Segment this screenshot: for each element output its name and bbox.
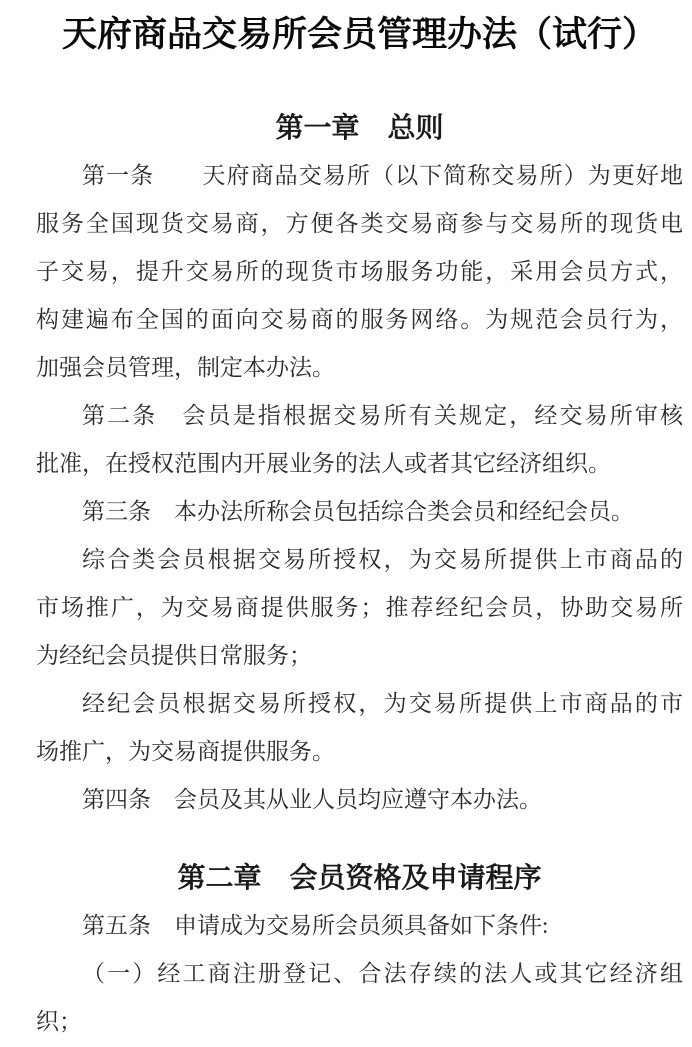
text-line: 为经纪会员提供日常服务； xyxy=(36,632,683,680)
text-line: 构建遍布全国的面向交易商的服务网络。为规范会员行为， xyxy=(36,296,683,344)
text-line: 第一条 天府商品交易所（以下简称交易所）为更好地 xyxy=(36,152,683,200)
text-line: 场推广，为交易商提供服务。 xyxy=(36,728,683,776)
paragraph: （一）经工商注册登记、合法存续的法人或其它经济组织； xyxy=(36,950,683,1046)
document-body: 第一章 总则第一条 天府商品交易所（以下简称交易所）为更好地服务全国现货交易商，… xyxy=(36,112,683,1046)
paragraph: 综合类会员根据交易所授权，为交易所提供上市商品的市场推广，为交易商提供服务；推荐… xyxy=(36,536,683,680)
text-line: 第二条 会员是指根据交易所有关规定，经交易所审核 xyxy=(36,392,683,440)
text-line: 服务全国现货交易商，方便各类交易商参与交易所的现货电 xyxy=(36,200,683,248)
paragraph: 第二条 会员是指根据交易所有关规定，经交易所审核批准，在授权范围内开展业务的法人… xyxy=(36,392,683,488)
paragraph: 经纪会员根据交易所授权，为交易所提供上市商品的市场推广，为交易商提供服务。 xyxy=(36,680,683,776)
document-title: 天府商品交易所会员管理办法（试行） xyxy=(36,12,683,58)
paragraph: 第四条 会员及其从业人员均应遵守本办法。 xyxy=(36,776,683,824)
chapter-heading: 第一章 总则 xyxy=(36,112,683,144)
section-body: 第一条 天府商品交易所（以下简称交易所）为更好地服务全国现货交易商，方便各类交易… xyxy=(36,152,683,824)
document-page: 天府商品交易所会员管理办法（试行） 第一章 总则第一条 天府商品交易所（以下简称… xyxy=(0,0,692,1047)
text-line: 经纪会员根据交易所授权，为交易所提供上市商品的市 xyxy=(36,680,683,728)
text-line: 综合类会员根据交易所授权，为交易所提供上市商品的 xyxy=(36,536,683,584)
text-line: 第四条 会员及其从业人员均应遵守本办法。 xyxy=(36,776,683,824)
text-line: 子交易，提升交易所的现货市场服务功能，采用会员方式， xyxy=(36,248,683,296)
section-body: 第五条 申请成为交易所会员须具备如下条件:（一）经工商注册登记、合法存续的法人或… xyxy=(36,902,683,1046)
text-line: 市场推广，为交易商提供服务；推荐经纪会员，协助交易所 xyxy=(36,584,683,632)
text-line: 第五条 申请成为交易所会员须具备如下条件: xyxy=(36,902,683,950)
text-line: 织； xyxy=(36,998,683,1046)
paragraph: 第三条 本办法所称会员包括综合类会员和经纪会员。 xyxy=(36,488,683,536)
chapter-heading: 第二章 会员资格及申请程序 xyxy=(36,862,683,894)
paragraph: 第五条 申请成为交易所会员须具备如下条件: xyxy=(36,902,683,950)
text-line: 批准，在授权范围内开展业务的法人或者其它经济组织。 xyxy=(36,440,683,488)
text-line: （一）经工商注册登记、合法存续的法人或其它经济组 xyxy=(36,950,683,998)
paragraph: 第一条 天府商品交易所（以下简称交易所）为更好地服务全国现货交易商，方便各类交易… xyxy=(36,152,683,392)
text-line: 第三条 本办法所称会员包括综合类会员和经纪会员。 xyxy=(36,488,683,536)
text-line: 加强会员管理，制定本办法。 xyxy=(36,344,683,392)
